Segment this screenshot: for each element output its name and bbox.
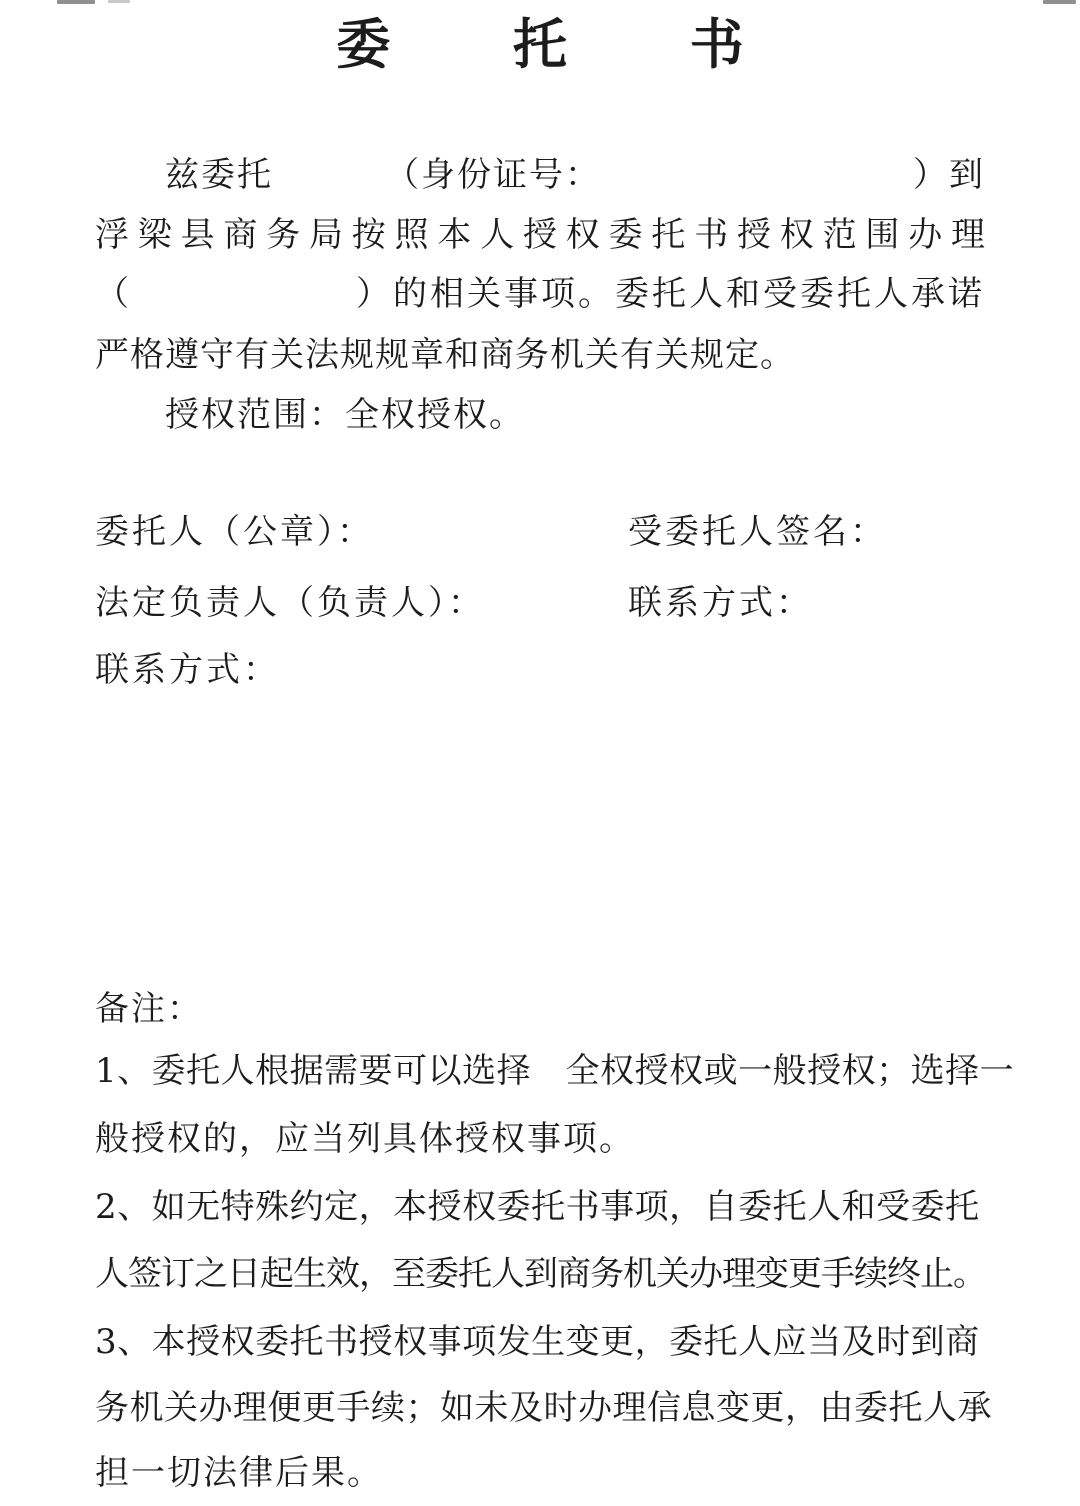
authorization-scope-text: 授权范围：全权授权。 xyxy=(165,392,525,438)
intro-line-3: （ ）的相关事项。委托人和受委托人承诺 xyxy=(95,271,985,317)
note-1-line-2: 般授权的，应当列具体授权事项。 xyxy=(95,1116,985,1162)
intro-line-3-text: ）的相关事项。委托人和受委托人承诺 xyxy=(356,271,985,317)
agent-contact-label: 联系方式： xyxy=(628,580,988,626)
intro-entrust-label: 兹委托 xyxy=(165,152,273,198)
intro-line-1: 兹委托 （身份证号： ）到 xyxy=(95,152,985,198)
note-3-line-2: 务机关办理便更手续；如未及时办理信息变更，由委托人承 xyxy=(95,1385,985,1431)
note-3-line-3: 担一切法律后果。 xyxy=(95,1450,985,1496)
intro-line-2: 浮梁县商务局按照本人授权委托书授权范围办理 xyxy=(95,212,985,258)
note-3-line-1: 3、本授权委托书授权事项发生变更，委托人应当及时到商 xyxy=(95,1319,985,1365)
principal-contact-label: 联系方式： xyxy=(95,647,985,693)
note-2-line-2: 人签订之日起生效，至委托人到商务机关办理变更手续终止。 xyxy=(95,1251,985,1297)
scanned-document-page: 委 托 书 兹委托 （身份证号： ）到 浮梁县商务局按照本人授权委托书授权范围办… xyxy=(0,0,1080,1506)
note-2-line-1: 2、如无特殊约定，本授权委托书事项，自委托人和受委托 xyxy=(95,1184,985,1230)
agent-signature-label: 受委托人签名： xyxy=(628,509,988,555)
authorization-scope-line: 授权范围：全权授权。 xyxy=(95,392,985,438)
intro-line-4: 严格遵守有关法规规章和商务机关有关规定。 xyxy=(95,332,985,378)
intro-id-label: （身份证号： xyxy=(385,152,601,198)
note-1-line-1: 1、委托人根据需要可以选择 全权授权或一般授权；选择一 xyxy=(95,1048,985,1094)
intro-close-paren: ）到 xyxy=(913,152,985,198)
document-title: 委 托 书 xyxy=(0,2,1080,79)
notes-header: 备注： xyxy=(95,986,985,1032)
matter-open-paren: （ xyxy=(95,271,131,317)
blank-matter xyxy=(131,304,356,305)
blank-agent-name xyxy=(273,185,385,186)
